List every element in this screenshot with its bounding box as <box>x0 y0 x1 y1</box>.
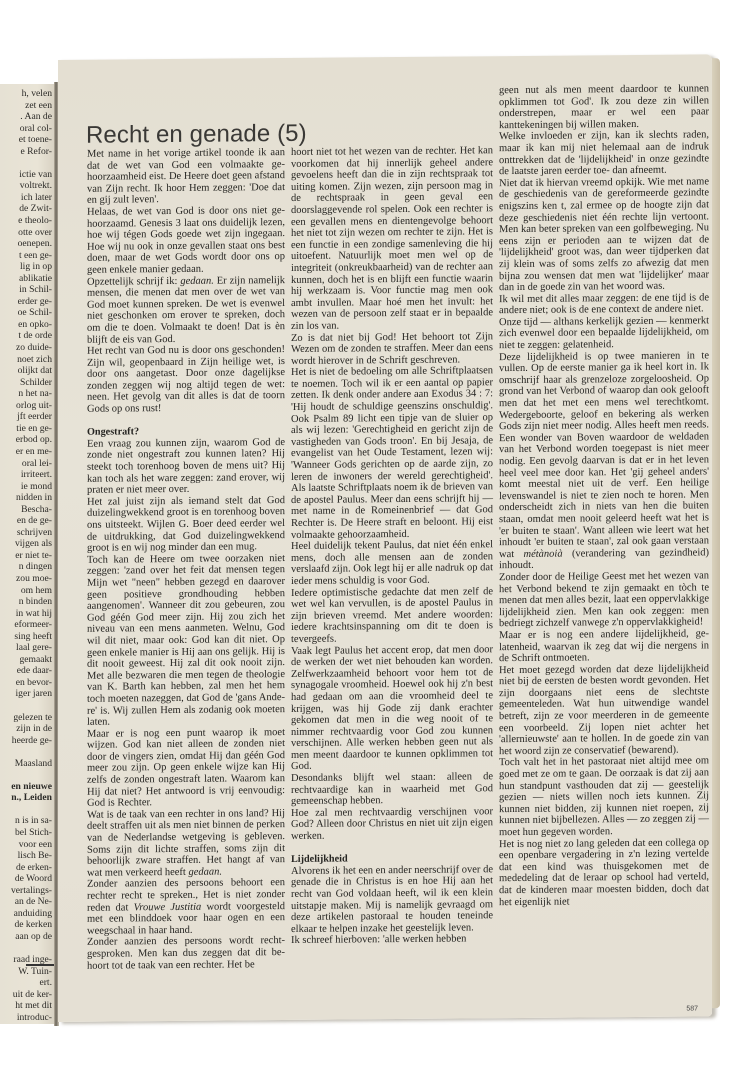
previous-page-line: n binden <box>0 596 52 608</box>
previous-page-line: orlog uit- <box>0 400 52 412</box>
previous-page-line: W. Tuin- <box>0 966 52 978</box>
previous-page-line: et toene- <box>0 134 52 146</box>
paragraph: Onze tijd — althans kerkelijk gezien — k… <box>499 315 709 352</box>
previous-page-line: oral col- <box>0 123 52 135</box>
previous-page-line: n dingen <box>0 561 52 573</box>
previous-page-line: ert. <box>0 977 52 989</box>
previous-page-line: eformeer- <box>0 619 52 631</box>
previous-page-line: zou moe- <box>0 573 52 585</box>
paragraph: Zo is dat niet bij God! Het behoort tot … <box>291 331 493 368</box>
previous-page-line: bel Stich- <box>0 827 52 839</box>
paragraph: Alvorens ik het een en ander neerschrijf… <box>291 864 493 935</box>
previous-page-line: de erken- <box>0 862 52 874</box>
paragraph: geen nut als men meent daardoor te kun­n… <box>499 83 709 131</box>
previous-page-line: en opko- <box>0 319 52 331</box>
paragraph: Met name in het vorige artikel toonde ik… <box>87 147 285 207</box>
previous-page-line <box>0 157 52 169</box>
previous-page-line: in Schil- <box>0 284 52 296</box>
previous-page-line: Schilder <box>0 377 52 389</box>
paragraph: Zonder aanzien des persoons wordt recht­… <box>87 935 285 972</box>
paragraph: Maar er is nog een punt waarop ik moet w… <box>87 727 285 810</box>
previous-page-line: n van het <box>0 1023 52 1024</box>
previous-page-text: h, velenzet een. Aan deoral col-et toene… <box>0 88 52 1024</box>
previous-page-line: n het na- <box>0 388 52 400</box>
previous-page-line: olijkt dat <box>0 365 52 377</box>
previous-page-line: e theolo- <box>0 215 52 227</box>
paragraph: Zonder aanzien des persoons behoort een … <box>87 877 285 937</box>
previous-page-line: t de orde <box>0 330 52 342</box>
magazine-page: Recht en genade (5) Met name in het vori… <box>58 54 712 1022</box>
previous-page-line: de Woord <box>0 873 52 885</box>
paragraph: Toch kan de Heere om twee oorzaken niet … <box>87 553 285 729</box>
previous-page-line <box>0 700 52 712</box>
previous-page-line: en nieuwe <box>0 781 52 793</box>
previous-page-line: lisch Be- <box>0 850 52 862</box>
previous-page-line: zet een <box>0 100 52 112</box>
previous-page-line: sing heeft <box>0 631 52 643</box>
paragraph: Het is nog niet zo lang geleden dat een … <box>499 837 709 908</box>
previous-page-line: schrijven <box>0 527 52 539</box>
previous-page-line: in wat hij <box>0 608 52 620</box>
article-column-2: hoort niet tot het wezen van de rechter.… <box>291 145 493 947</box>
paragraph: Iedere optimistische gedachte dat men ze… <box>291 586 493 646</box>
previous-page-line: voltrekt. <box>0 180 52 192</box>
previous-page-line: voor een <box>0 839 52 851</box>
previous-page-line: ede daar- <box>0 665 52 677</box>
previous-page-line: introduc- <box>0 1012 52 1024</box>
previous-page-line: iger jaren <box>0 688 52 700</box>
previous-page-line: zijn in de <box>0 723 52 735</box>
previous-page-line: vertalings- <box>0 885 52 897</box>
previous-page-line: an de Ne- <box>0 896 52 908</box>
page-edge <box>712 58 720 1008</box>
previous-page-line: anduiding <box>0 908 52 920</box>
previous-page-line: de Zwit- <box>0 203 52 215</box>
paragraph: Het moet gezegd worden dat deze lijdelij… <box>499 663 709 758</box>
previous-page-line: ich later <box>0 192 52 204</box>
previous-page-rule <box>26 964 54 966</box>
paragraph: hoort niet tot het wezen van de rechter.… <box>291 145 493 332</box>
previous-page-line: en bevor- <box>0 677 52 689</box>
paragraph: Wat is de taak van een rechter in ons la… <box>87 808 285 879</box>
previous-page-line: ht met dit <box>0 1000 52 1012</box>
paragraph: Hoe zal men rechtvaardig verschijnen voo… <box>291 806 493 843</box>
previous-page-line: irriteert. <box>0 469 52 481</box>
previous-page-line <box>0 804 52 816</box>
previous-page-line: tie en ge- <box>0 423 52 435</box>
previous-page-line: oenepen. <box>0 238 52 250</box>
previous-page-line: nidden in <box>0 492 52 504</box>
previous-page-line: de kerken <box>0 919 52 931</box>
article-column-3: geen nut als men meent daardoor te kun­n… <box>499 83 709 908</box>
paragraph: Het recht van God nu is door ons geschon… <box>87 344 285 415</box>
paragraph: Opzettelijk schrijf ik: gedaan. Er zijn … <box>87 275 285 346</box>
previous-page-line: e Refor- <box>0 146 52 158</box>
page-number: 587 <box>686 1005 698 1012</box>
paragraph: Toch valt het in het pastoraat niet alti… <box>499 756 709 839</box>
previous-page-line: noet zich <box>0 354 52 366</box>
paragraph: Helaas, de wet van God is door ons niet … <box>87 205 285 276</box>
previous-page-line: om hem <box>0 585 52 597</box>
previous-page-line <box>0 746 52 758</box>
paragraph: Desondanks blijft wel staan: alleen de r… <box>291 771 493 808</box>
previous-page-line: otte over <box>0 227 52 239</box>
previous-page-line: lig in op <box>0 261 52 273</box>
previous-page-line <box>0 769 52 781</box>
previous-page-line: ie mond <box>0 481 52 493</box>
paragraph: Ik wil met dit alles maar zeggen: de ene… <box>499 292 709 317</box>
previous-page-line: jft eerder <box>0 411 52 423</box>
previous-page-line: oral lei- <box>0 458 52 470</box>
previous-page-line: laal gere- <box>0 642 52 654</box>
previous-page-line: Bescha- <box>0 504 52 516</box>
paragraph: Zonder door de Heilige Geest met het we­… <box>499 570 709 630</box>
paragraph: Deze lijdelijkheid is op twee manieren i… <box>499 350 709 572</box>
previous-page-strip: h, velenzet een. Aan deoral col-et toene… <box>0 84 54 1024</box>
paragraph: Ik schreef hierboven: 'alle werken hebbe… <box>291 934 493 947</box>
paragraph: Welke invloeden er zijn, kan ik slechts … <box>499 130 709 178</box>
paragraph: Een vraag zou kunnen zijn, waarom God de… <box>87 437 285 497</box>
previous-page-line: h, velen <box>0 88 52 100</box>
previous-page-line: n., Leiden <box>0 792 52 804</box>
previous-page-line: gemaakt <box>0 654 52 666</box>
previous-page-line: gelezen te <box>0 712 52 724</box>
article-column-1: Met name in het vorige artikel toonde ik… <box>87 147 285 972</box>
previous-page-line: uit de ker- <box>0 989 52 1001</box>
previous-page-line: er niet te- <box>0 550 52 562</box>
previous-page-line: n is in sa- <box>0 815 52 827</box>
previous-page-line: erbod op. <box>0 434 52 446</box>
bleed-through-text <box>358 62 558 88</box>
paragraph: Het is niet de bedoeling om alle Schrift… <box>291 365 493 541</box>
paragraph: Het zal juist zijn als iemand stelt dat … <box>87 495 285 555</box>
previous-page-line: zo duide- <box>0 342 52 354</box>
previous-page-line: er en me- <box>0 446 52 458</box>
previous-page-line: aan op de <box>0 931 52 943</box>
previous-page-line: oe Schil- <box>0 307 52 319</box>
paragraph: Heel duidelijk tekent Paulus, dat niet é… <box>291 539 493 587</box>
previous-page-line: vijgen als <box>0 538 52 550</box>
paragraph: Niet dat ik hiervan vreemd opkijk. Wie m… <box>499 176 709 294</box>
previous-page-line: t een ge- <box>0 250 52 262</box>
article-title: Recht en genade (5) <box>86 120 307 150</box>
previous-page-line <box>0 942 52 954</box>
previous-page-line: Maasland <box>0 758 52 770</box>
previous-page-line: ictie van <box>0 169 52 181</box>
paragraph: Maar er is nog een andere lijdelijkheid,… <box>499 628 709 665</box>
previous-page-line: erder ge- <box>0 296 52 308</box>
previous-page-line: ablikatie <box>0 273 52 285</box>
previous-page-line: en de ge- <box>0 515 52 527</box>
previous-page-line: heerde ge- <box>0 735 52 747</box>
previous-page-line: . Aan de <box>0 111 52 123</box>
paragraph: Vaak legt Paulus het accent erop, dat me… <box>291 644 493 773</box>
